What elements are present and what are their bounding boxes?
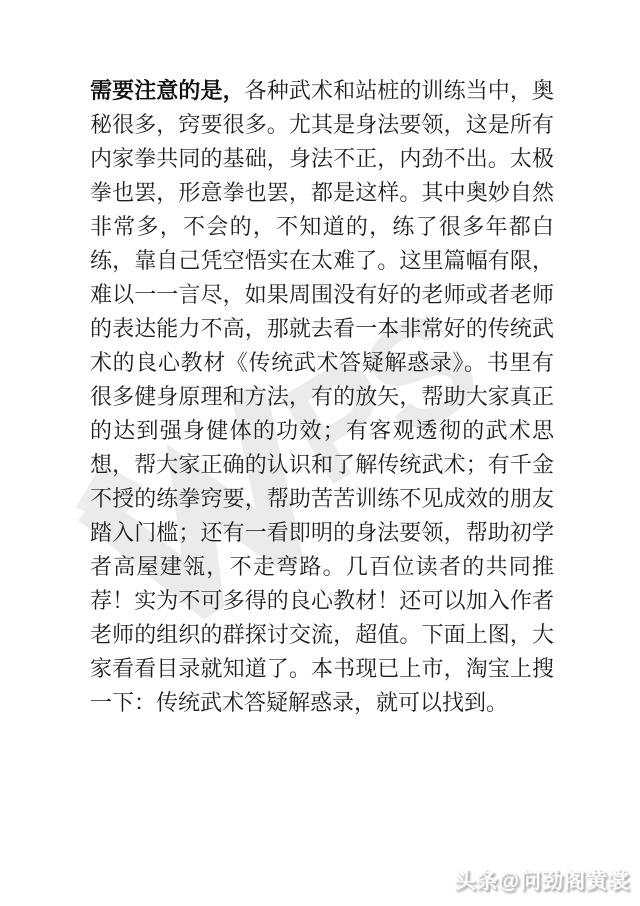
article-lead-text: 需要注意的是，	[90, 78, 245, 103]
author-credit-watermark: 头条@问劲阁黄裳	[455, 865, 630, 895]
article-body-text: 各种武术和站桩的训练当中，奥秘很多，窍要很多。尤其是身法要领，这是所有内家拳共同…	[90, 78, 554, 715]
document-page: PS 需要注意的是，各种武术和站桩的训练当中，奥秘很多，窍要很多。尤其是身法要领…	[0, 0, 640, 906]
article-paragraph: 需要注意的是，各种武术和站桩的训练当中，奥秘很多，窍要很多。尤其是身法要领，这是…	[90, 74, 554, 720]
